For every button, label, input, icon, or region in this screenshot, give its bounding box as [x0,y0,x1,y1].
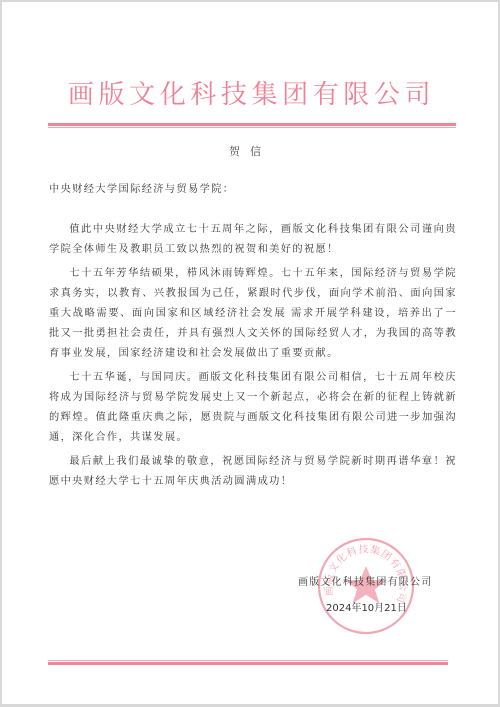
letterhead-divider [48,123,456,128]
signature-date: 2024年10月21日 [326,599,407,614]
letter-title: 贺信 [2,143,498,159]
paragraph-1: 值此中央财经大学成立七十五周年之际，画版文化科技集团有限公司谨向贵学院全体师生及… [49,220,457,260]
footer-divider [48,660,448,665]
letter-page: 画版文化科技集团有限公司 贺信 中央财经大学国际经济与贸易学院： 值此中央财经大… [2,2,498,704]
paragraph-4: 最后献上我们最诚挚的敬意，祝愿国际经济与贸易学院新时期再谱华章！祝愿中央财经大学… [49,452,457,492]
paragraph-2: 七十五年芳华结硕果，栉风沐雨铸辉煌。七十五年来，国际经济与贸易学院求真务实，以教… [49,264,457,364]
letter-body: 中央财经大学国际经济与贸易学院： 值此中央财经大学成立七十五周年之际，画版文化科… [49,180,457,496]
letterhead-company-name: 画版文化科技集团有限公司 [49,74,454,111]
paragraph-3: 七十五华诞，与国同庆。画版文化科技集团有限公司相信，七十五周年校庆将成为国际经济… [49,368,457,448]
salutation: 中央财经大学国际经济与贸易学院： [49,180,457,200]
signature-company: 画版文化科技集团有限公司 [298,573,432,588]
